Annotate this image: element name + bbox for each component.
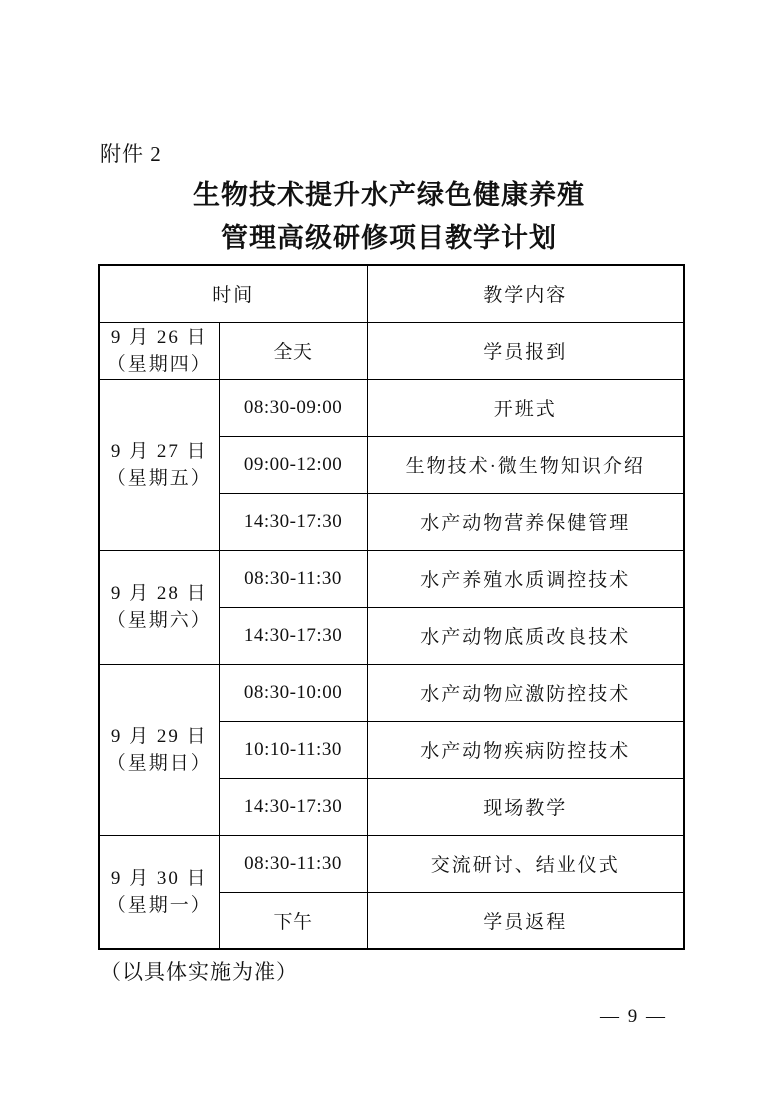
date-line2: （星期日） [104, 750, 215, 777]
time-cell: 08:30-11:30 [219, 550, 367, 607]
date-line1: 9 月 26 日 [104, 324, 215, 351]
time-cell: 08:30-11:30 [219, 835, 367, 892]
date-line2: （星期四） [104, 351, 215, 378]
content-cell: 学员报到 [367, 322, 684, 379]
time-cell: 14:30-17:30 [219, 493, 367, 550]
time-cell: 下午 [219, 892, 367, 949]
document-page: 附件 2 生物技术提升水产绿色健康养殖 管理高级研修项目教学计划 时间 教学内容… [0, 0, 778, 1112]
date-line2: （星期五） [104, 465, 215, 492]
table-row: 9 月 27 日 （星期五） 08:30-09:00 开班式 [99, 379, 684, 436]
col-header-time: 时间 [99, 265, 367, 322]
time-cell: 08:30-09:00 [219, 379, 367, 436]
date-cell-sep30: 9 月 30 日 （星期一） [99, 835, 219, 949]
table-row: 9 月 29 日 （星期日） 08:30-10:00 水产动物应激防控技术 [99, 664, 684, 721]
date-line1: 9 月 27 日 [104, 438, 215, 465]
attachment-label: 附件 2 [100, 138, 162, 168]
content-cell: 水产动物营养保健管理 [367, 493, 684, 550]
page-title: 生物技术提升水产绿色健康养殖 管理高级研修项目教学计划 [0, 174, 778, 260]
content-cell: 生物技术·微生物知识介绍 [367, 436, 684, 493]
time-cell: 14:30-17:30 [219, 778, 367, 835]
content-cell: 学员返程 [367, 892, 684, 949]
content-cell: 水产养殖水质调控技术 [367, 550, 684, 607]
content-cell: 现场教学 [367, 778, 684, 835]
date-line1: 9 月 29 日 [104, 723, 215, 750]
date-line2: （星期六） [104, 607, 215, 634]
time-cell: 全天 [219, 322, 367, 379]
schedule-table: 时间 教学内容 9 月 26 日 （星期四） 全天 学员报到 9 月 27 日 … [98, 264, 685, 950]
table-row: 9 月 28 日 （星期六） 08:30-11:30 水产养殖水质调控技术 [99, 550, 684, 607]
date-cell-sep29: 9 月 29 日 （星期日） [99, 664, 219, 835]
time-cell: 08:30-10:00 [219, 664, 367, 721]
date-cell-sep28: 9 月 28 日 （星期六） [99, 550, 219, 664]
time-cell: 09:00-12:00 [219, 436, 367, 493]
date-line2: （星期一） [104, 892, 215, 919]
footnote: （以具体实施为准） [100, 956, 298, 986]
table-row: 9 月 26 日 （星期四） 全天 学员报到 [99, 322, 684, 379]
time-cell: 14:30-17:30 [219, 607, 367, 664]
date-cell-sep27: 9 月 27 日 （星期五） [99, 379, 219, 550]
col-header-content: 教学内容 [367, 265, 684, 322]
table-row: 9 月 30 日 （星期一） 08:30-11:30 交流研讨、结业仪式 [99, 835, 684, 892]
date-line1: 9 月 30 日 [104, 865, 215, 892]
content-cell: 交流研讨、结业仪式 [367, 835, 684, 892]
content-cell: 水产动物应激防控技术 [367, 664, 684, 721]
page-title-line1: 生物技术提升水产绿色健康养殖 [0, 174, 778, 217]
content-cell: 水产动物底质改良技术 [367, 607, 684, 664]
table-header-row: 时间 教学内容 [99, 265, 684, 322]
page-title-line2: 管理高级研修项目教学计划 [0, 217, 778, 260]
date-cell-sep26: 9 月 26 日 （星期四） [99, 322, 219, 379]
page-number: — 9 — [600, 1006, 667, 1028]
content-cell: 水产动物疾病防控技术 [367, 721, 684, 778]
date-line1: 9 月 28 日 [104, 580, 215, 607]
content-cell: 开班式 [367, 379, 684, 436]
time-cell: 10:10-11:30 [219, 721, 367, 778]
